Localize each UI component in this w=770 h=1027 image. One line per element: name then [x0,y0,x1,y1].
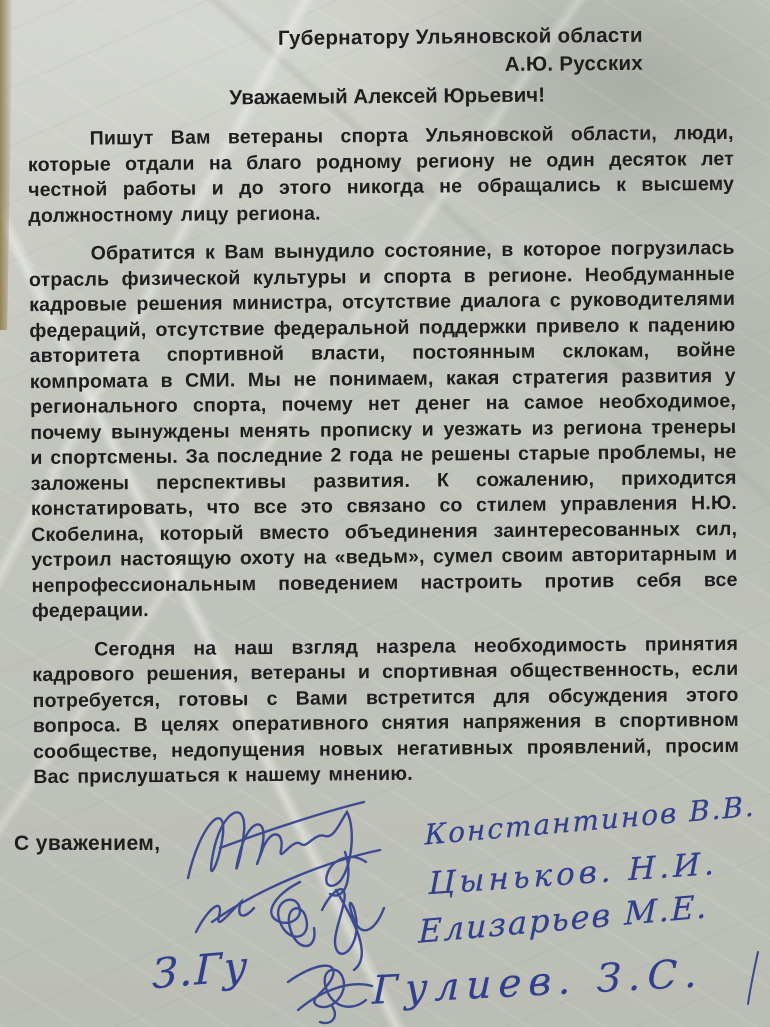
paragraph-1: Пишут Вам ветераны спорта Ульяновской об… [28,121,735,229]
signature-scribble-1 [188,802,366,896]
recipient-line-2: А.Ю. Русских [0,50,643,84]
paragraph-2: Обратится к Вам вынудило состояние, в ко… [29,236,738,625]
handwritten-name-guliev: Гулиев. З.С. [372,951,704,1013]
closing-line: С уважением, [14,832,160,856]
letter-photo: Губернатору Ульяновской области А.Ю. Рус… [0,0,770,1027]
paragraph-3: Сегодня на наш взгляд назрела необходимо… [32,631,739,790]
handwritten-initials: З.Гу [152,942,250,999]
letter-page: Губернатору Ульяновской области А.Ю. Рус… [0,0,770,804]
salutation: Уважаемый Алексей Юрьевич! [229,81,767,112]
recipient-block: Губернатору Ульяновской области А.Ю. Рус… [0,22,643,84]
letter-body: Пишут Вам ветераны спорта Ульяновской об… [28,121,740,791]
